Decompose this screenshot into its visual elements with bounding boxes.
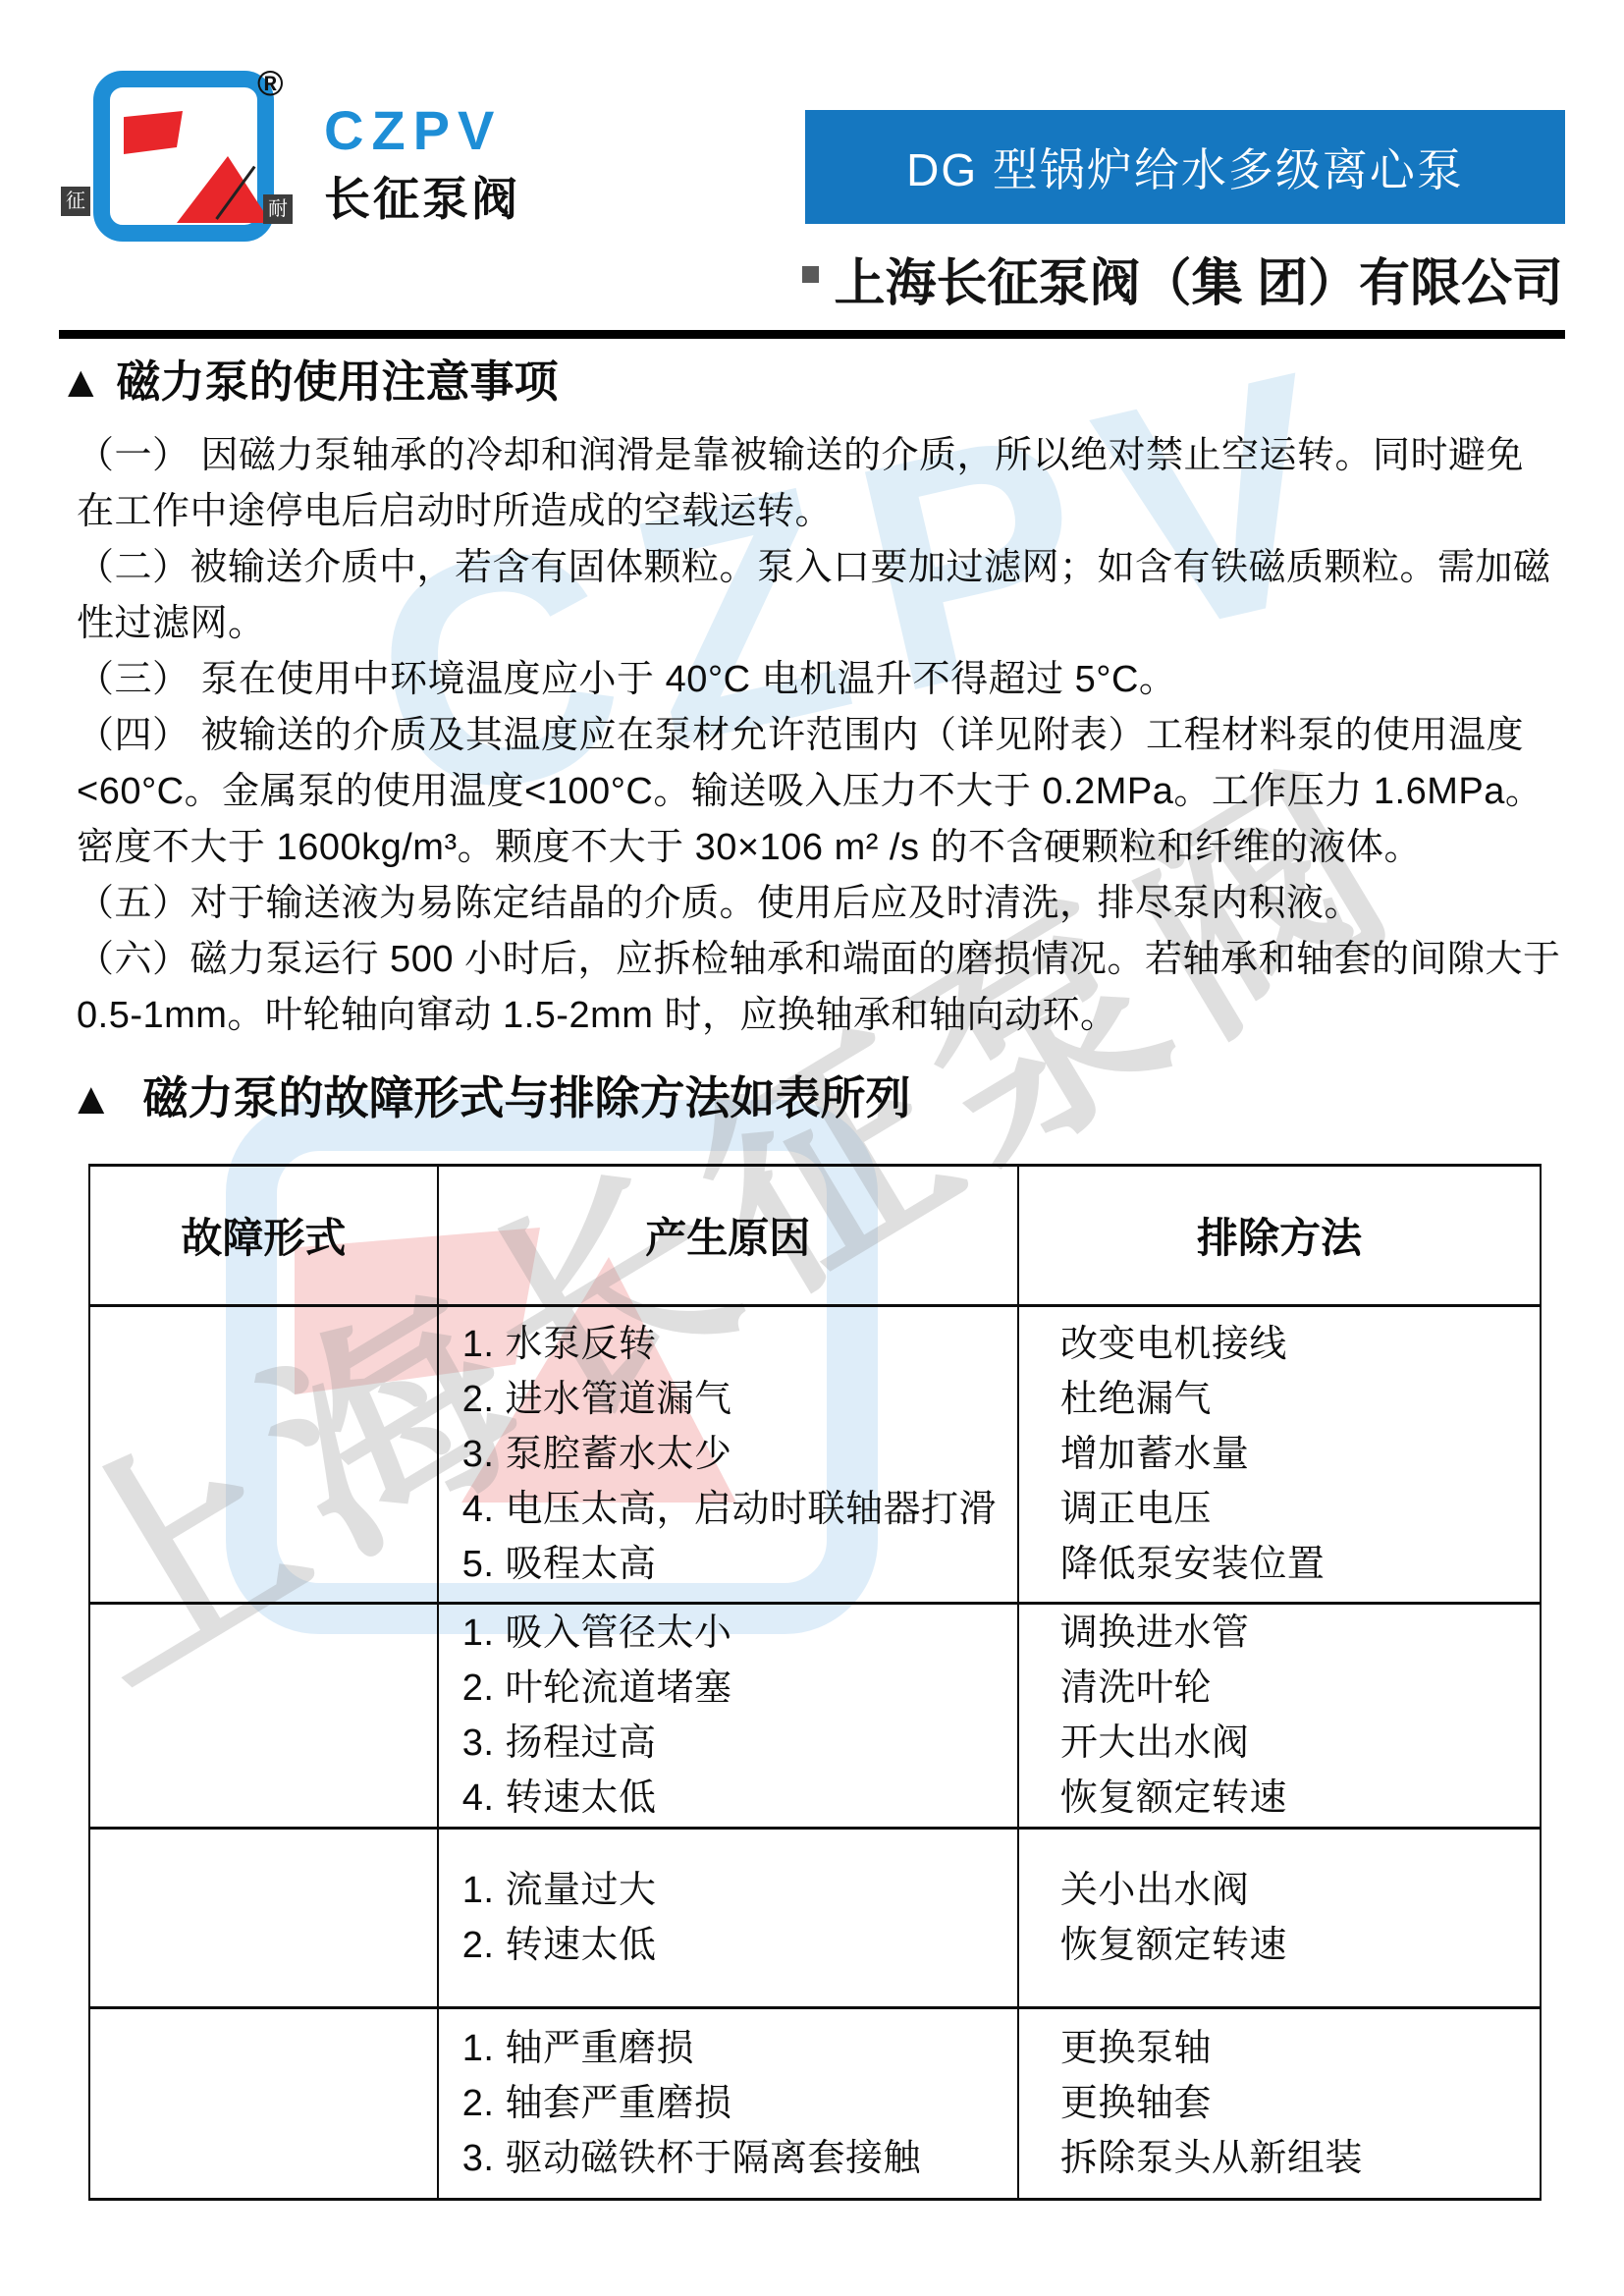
logo-badge-right: 耐	[263, 194, 293, 224]
product-title-banner: DG 型锅炉给水多级离心泵	[805, 110, 1565, 224]
usage-line: 性过滤网。	[77, 596, 1579, 652]
company-logo	[93, 71, 274, 242]
section-marker-icon: ▲	[59, 356, 103, 407]
registered-trademark-icon: ®	[257, 63, 284, 104]
cause-item: 3. 泵腔蓄水太少	[462, 1427, 1016, 1482]
cause-item: 2. 转速太低	[462, 1918, 1016, 1973]
cause-item: 4. 电压太高，启动时联轴器打滑	[462, 1482, 1016, 1537]
remedy-item: 更换轴套	[1060, 2076, 1539, 2131]
section-marker-icon: ▲	[69, 1072, 114, 1123]
table-header-cause: 产生原因	[438, 1166, 1018, 1306]
fault-cell	[89, 1306, 438, 1604]
fault-table: 故障形式 产生原因 排除方法 1. 水泵反转 2. 进水管道漏气 3. 泵腔蓄水…	[88, 1164, 1542, 2201]
usage-line: 密度不大于 1600kg/m³。颗度不大于 30×106 m² /s 的不含硬颗…	[77, 820, 1579, 876]
remedy-item: 拆除泵头从新组装	[1060, 2131, 1539, 2186]
cause-item: 1. 流量过大	[462, 1863, 1016, 1918]
header-divider-rule	[59, 330, 1565, 339]
remedy-item: 恢复额定转速	[1060, 1918, 1539, 1973]
usage-section-title: ▲磁力泵的使用注意事项	[59, 346, 559, 410]
cause-item: 3. 扬程过高	[462, 1716, 1016, 1771]
table-row: 1. 吸入管径太小 2. 叶轮流道堵塞 3. 扬程过高 4. 转速太低 调换进水…	[89, 1604, 1541, 1829]
remedy-item: 更换泵轴	[1060, 2021, 1539, 2076]
brand-name-en: CZPV	[324, 98, 502, 162]
remedy-item: 增加蓄水量	[1060, 1427, 1539, 1482]
red-mountain-icon	[177, 156, 271, 223]
company-name: 上海长征泵阀（集 团）有限公司	[835, 255, 1563, 312]
remedy-item: 清洗叶轮	[1060, 1661, 1539, 1716]
table-row: 1. 流量过大 2. 转速太低 关小出水阀 恢复额定转速	[89, 1829, 1541, 2008]
usage-line: <60°C。金属泵的使用温度<100°C。输送吸入压力不大于 0.2MPa。工作…	[77, 764, 1579, 820]
usage-line: 0.5-1mm。叶轮轴向窜动 1.5-2mm 时，应换轴承和轴向动环。	[77, 988, 1579, 1044]
cause-item: 1. 吸入管径太小	[462, 1606, 1016, 1661]
remedy-item: 调换进水管	[1060, 1606, 1539, 1661]
remedy-cell: 改变电机接线 杜绝漏气 增加蓄水量 调正电压 降低泵安装位置	[1018, 1306, 1541, 1604]
cause-item: 4. 转速太低	[462, 1771, 1016, 1826]
usage-line: （三） 泵在使用中环境温度应小于 40°C 电机温升不得超过 5°C。	[77, 652, 1579, 708]
company-name-line: 上海长征泵阀（集 团）有限公司	[802, 242, 1563, 315]
faults-section-title: ▲磁力泵的故障形式与排除方法如表所列	[69, 1063, 911, 1127]
usage-line: （六）磁力泵运行 500 小时后，应拆检轴承和端面的磨损情况。若轴承和轴套的间隙…	[77, 932, 1579, 988]
remedy-item: 改变电机接线	[1060, 1317, 1539, 1372]
cause-item: 5. 吸程太高	[462, 1537, 1016, 1592]
remedy-item: 开大出水阀	[1060, 1716, 1539, 1771]
table-header-row: 故障形式 产生原因 排除方法	[89, 1166, 1541, 1306]
cause-item: 3. 驱动磁铁杯于隔离套接触	[462, 2131, 1016, 2186]
cause-item: 1. 轴严重磨损	[462, 2021, 1016, 2076]
fault-cell	[89, 1604, 438, 1829]
fault-cell	[89, 1829, 438, 2008]
usage-line: （一） 因磁力泵轴承的冷却和润滑是靠被输送的介质，所以绝对禁止空运转。同时避免	[77, 428, 1579, 484]
usage-line: （四） 被输送的介质及其温度应在泵材允许范围内（详见附表）工程材料泵的使用温度	[77, 708, 1579, 764]
faults-title-text: 磁力泵的故障形式与排除方法如表所列	[143, 1072, 911, 1123]
cause-item: 2. 叶轮流道堵塞	[462, 1661, 1016, 1716]
usage-line: （五）对于输送液为易陈定结晶的介质。使用后应及时清洗，排尽泵内积液。	[77, 876, 1579, 932]
remedy-cell: 调换进水管 清洗叶轮 开大出水阀 恢复额定转速	[1018, 1604, 1541, 1829]
usage-notes-text: （一） 因磁力泵轴承的冷却和润滑是靠被输送的介质，所以绝对禁止空运转。同时避免 …	[77, 428, 1579, 1044]
cause-item: 2. 轴套严重磨损	[462, 2076, 1016, 2131]
cause-item: 2. 进水管道漏气	[462, 1372, 1016, 1427]
table-row: 1. 水泵反转 2. 进水管道漏气 3. 泵腔蓄水太少 4. 电压太高，启动时联…	[89, 1306, 1541, 1604]
remedy-item: 降低泵安装位置	[1060, 1537, 1539, 1592]
cause-cell: 1. 吸入管径太小 2. 叶轮流道堵塞 3. 扬程过高 4. 转速太低	[438, 1604, 1018, 1829]
table-row: 1. 轴严重磨损 2. 轴套严重磨损 3. 驱动磁铁杯于隔离套接触 更换泵轴 更…	[89, 2008, 1541, 2200]
remedy-item: 关小出水阀	[1060, 1863, 1539, 1918]
usage-line: 在工作中途停电后启动时所造成的空载运转。	[77, 484, 1579, 540]
cause-cell: 1. 水泵反转 2. 进水管道漏气 3. 泵腔蓄水太少 4. 电压太高，启动时联…	[438, 1306, 1018, 1604]
table-header-fault: 故障形式	[89, 1166, 438, 1306]
remedy-cell: 更换泵轴 更换轴套 拆除泵头从新组装	[1018, 2008, 1541, 2200]
remedy-item: 恢复额定转速	[1060, 1771, 1539, 1826]
brand-name-cn: 长征泵阀	[324, 163, 520, 229]
company-bullet-icon	[802, 266, 819, 283]
red-flag-icon	[124, 111, 183, 154]
document-page: CZPV 上海长征泵阀 ® CZPV 长征泵阀 征 耐 DG 型锅炉给水多级离心…	[0, 0, 1624, 2296]
cause-cell: 1. 轴严重磨损 2. 轴套严重磨损 3. 驱动磁铁杯于隔离套接触	[438, 2008, 1018, 2200]
fault-cell	[89, 2008, 438, 2200]
cause-cell: 1. 流量过大 2. 转速太低	[438, 1829, 1018, 2008]
logo-badge-left: 征	[61, 187, 90, 216]
remedy-item: 调正电压	[1060, 1482, 1539, 1537]
table-header-remedy: 排除方法	[1018, 1166, 1541, 1306]
cause-item: 1. 水泵反转	[462, 1317, 1016, 1372]
usage-title-text: 磁力泵的使用注意事项	[117, 356, 559, 407]
remedy-cell: 关小出水阀 恢复额定转速	[1018, 1829, 1541, 2008]
remedy-item: 杜绝漏气	[1060, 1372, 1539, 1427]
usage-line: （二）被输送介质中，若含有固体颗粒。泵入口要加过滤网；如含有铁磁质颗粒。需加磁	[77, 540, 1579, 596]
